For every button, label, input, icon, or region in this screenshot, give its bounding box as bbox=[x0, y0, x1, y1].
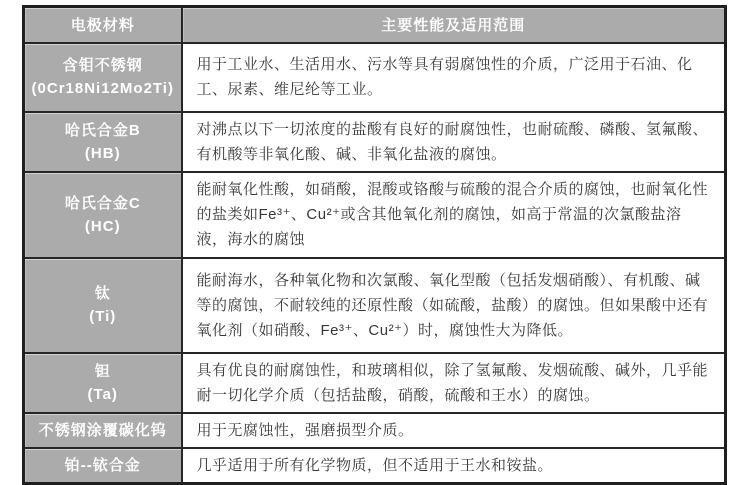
table-row: 哈氏合金B (HB) 对沸点以下一切浓度的盐酸有良好的耐腐蚀性，也耐硫酸、磷酸、… bbox=[24, 112, 726, 172]
material-cell: 钽 (Ta) bbox=[24, 353, 182, 413]
description-cell: 具有优良的耐腐蚀性，和玻璃相似，除了氢氟酸、发烟硫酸、碱外，几乎能耐一切化学介质… bbox=[182, 353, 726, 413]
description-cell: 能耐海水，各种氧化物和次氯酸、氧化型酸（包括发烟硝酸）、有机酸、碱等的腐蚀，不耐… bbox=[182, 258, 726, 353]
material-cell: 哈氏合金B (HB) bbox=[24, 112, 182, 172]
description-cell: 对沸点以下一切浓度的盐酸有良好的耐腐蚀性，也耐硫酸、磷酸、氢氟酸、有机酸等非氧化… bbox=[182, 112, 726, 172]
table-row: 不锈钢涂覆碳化钨 用于无腐蚀性，强磨损型介质。 bbox=[24, 413, 726, 448]
description-cell: 几乎适用于所有化学物质，但不适用于王水和铵盐。 bbox=[182, 448, 726, 476]
material-cell: 哈氏合金C (HC) bbox=[24, 172, 182, 258]
table-row: 含钼不锈钢 (0Cr18Ni12Mo2Ti) 用于工业水、生活用水、污水等具有弱… bbox=[24, 43, 726, 112]
description-cell: 能耐氧化性酸，如硝酸，混酸或铬酸与硫酸的混合介质的腐蚀，也耐氧化性的盐类如Fe³… bbox=[182, 172, 726, 258]
table-row: 钛 (Ti) 能耐海水，各种氧化物和次氯酸、氧化型酸（包括发烟硝酸）、有机酸、碱… bbox=[24, 258, 726, 353]
material-cell: 不锈钢涂覆碳化钨 bbox=[24, 413, 182, 448]
electrode-materials-table-wrap: 电极材料 主要性能及适用范围 含钼不锈钢 (0Cr18Ni12Mo2Ti) 用于… bbox=[22, 5, 727, 475]
table-row: 钽 (Ta) 具有优良的耐腐蚀性，和玻璃相似，除了氢氟酸、发烟硫酸、碱外，几乎能… bbox=[24, 353, 726, 413]
material-cell: 含钼不锈钢 (0Cr18Ni12Mo2Ti) bbox=[24, 43, 182, 112]
table-row: 哈氏合金C (HC) 能耐氧化性酸，如硝酸，混酸或铬酸与硫酸的混合介质的腐蚀，也… bbox=[24, 172, 726, 258]
description-cell: 用于无腐蚀性，强磨损型介质。 bbox=[182, 413, 726, 448]
header-properties-scope: 主要性能及适用范围 bbox=[182, 7, 726, 43]
description-cell: 用于工业水、生活用水、污水等具有弱腐蚀性的介质，广泛用于石油、化工、尿素、维尼纶… bbox=[182, 43, 726, 112]
header-electrode-material: 电极材料 bbox=[24, 7, 182, 43]
table-header-row: 电极材料 主要性能及适用范围 bbox=[24, 7, 726, 43]
material-cell: 铂--铱合金 bbox=[24, 448, 182, 476]
electrode-materials-table: 电极材料 主要性能及适用范围 含钼不锈钢 (0Cr18Ni12Mo2Ti) 用于… bbox=[22, 5, 727, 475]
material-cell: 钛 (Ti) bbox=[24, 258, 182, 353]
table-row: 铂--铱合金 几乎适用于所有化学物质，但不适用于王水和铵盐。 bbox=[24, 448, 726, 476]
